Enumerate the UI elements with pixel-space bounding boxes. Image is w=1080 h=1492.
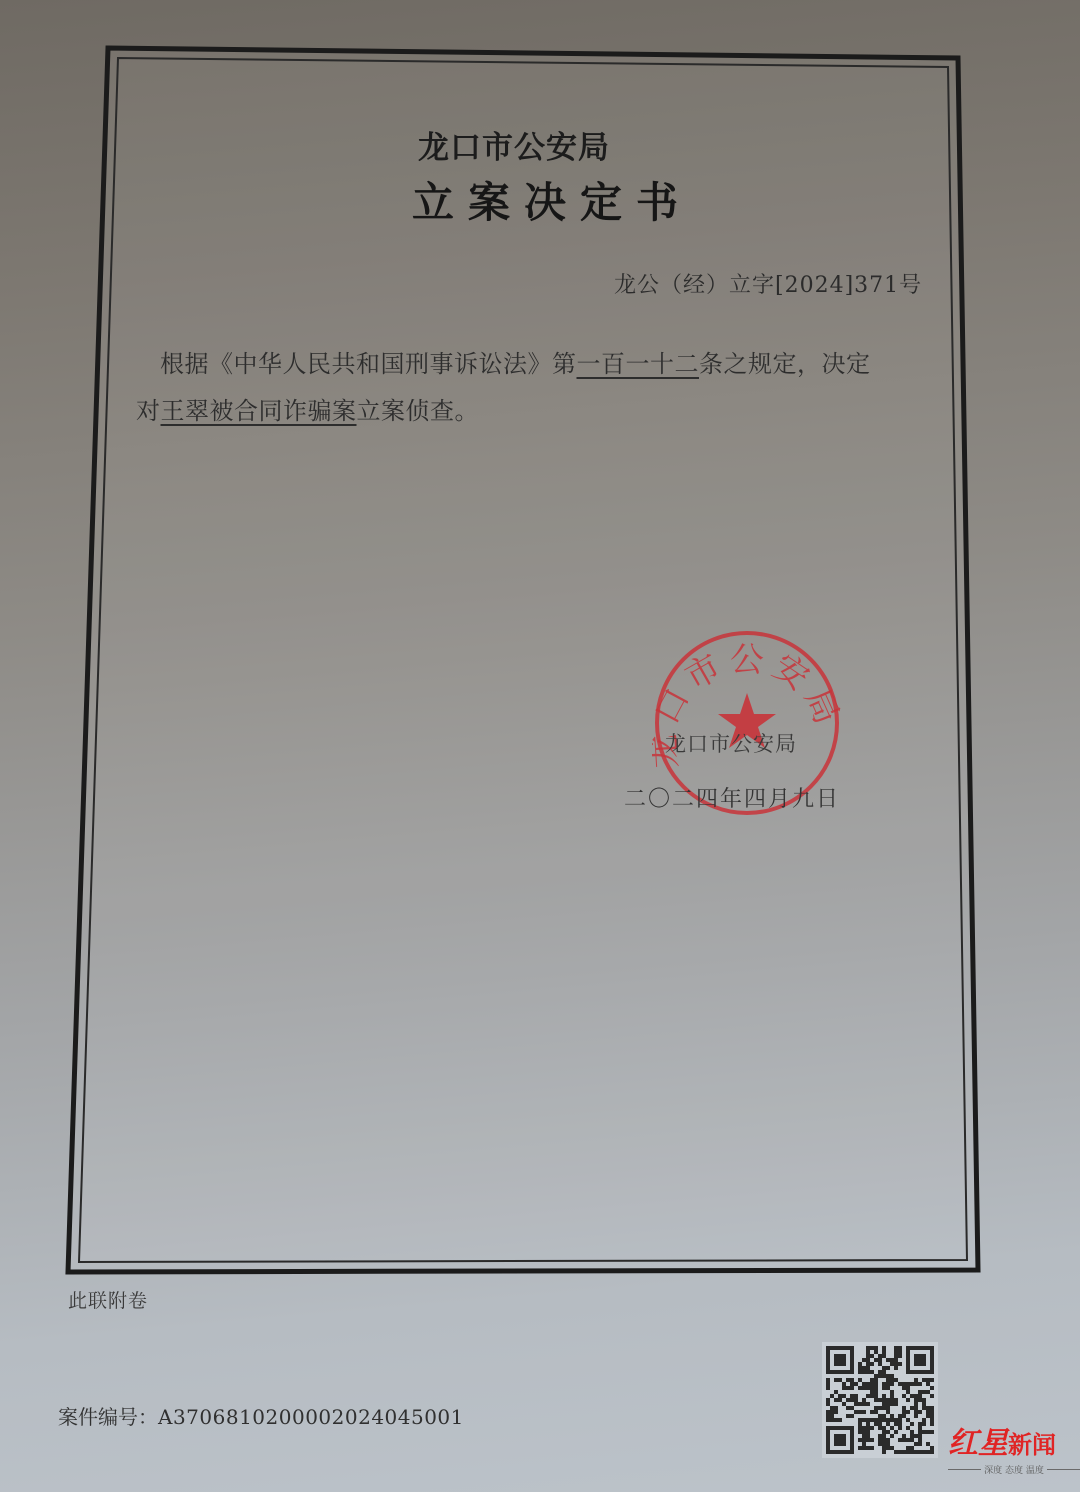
qr-code[interactable]	[822, 1342, 938, 1458]
case-subject: 王翠被合同诈骗案	[161, 397, 357, 425]
news-watermark: 红星新闻 深度 态度 温度	[948, 1418, 1080, 1476]
preposition: 对	[136, 397, 161, 425]
case-number-label: 案件编号：	[58, 1405, 158, 1429]
case-number-value: A3706810200002024045001	[158, 1405, 464, 1429]
agency-header: 龙口市公安局	[418, 122, 610, 167]
legal-basis: 根据《中华人民共和国刑事诉讼法》第	[160, 350, 577, 378]
article-number: 一百一十二	[577, 350, 700, 378]
watermark-tagline: 深度 态度 温度	[948, 1463, 1080, 1476]
decision-text: 条之规定，决定	[699, 350, 871, 378]
watermark-brand: 红星新闻	[948, 1418, 1080, 1462]
issuer-name: 龙口市公安局	[665, 728, 797, 758]
case-number: 案件编号：A3706810200002024045001	[58, 1401, 464, 1430]
action-text: 立案侦查。	[357, 397, 480, 425]
body-line-2: 对王翠被合同诈骗案立案侦查。	[136, 391, 479, 426]
document-number: 龙公（经）立字[2024]371号	[614, 268, 922, 299]
body-line-1: 根据《中华人民共和国刑事诉讼法》第一百一十二条之规定，决定	[160, 344, 871, 379]
document-title: 立案决定书	[412, 170, 692, 230]
copy-note: 此联附卷	[68, 1286, 148, 1313]
issue-date: 二〇二四年四月九日	[624, 782, 840, 813]
